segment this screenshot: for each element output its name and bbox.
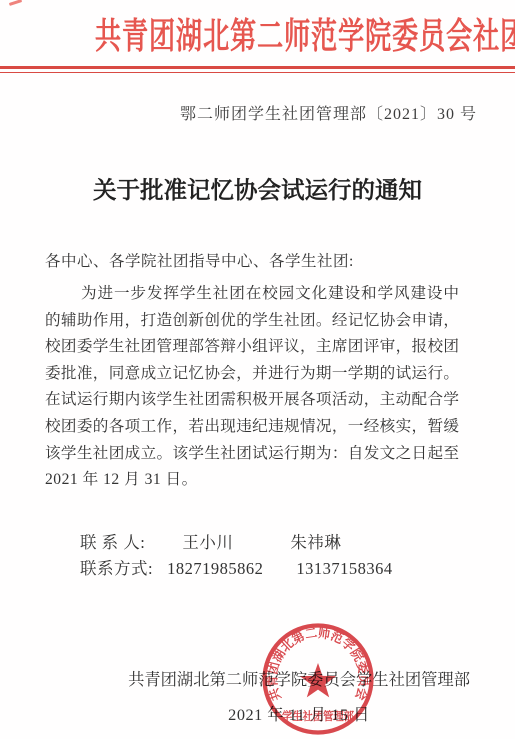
seal-bottom-text: 学生社团管理部	[282, 709, 354, 723]
divider-thick-line	[0, 66, 515, 69]
body-line: 该学生社团成立。该学生社团试运行期为：自发文之日起至	[45, 441, 459, 468]
contact-phone-2: 13137158364	[296, 559, 392, 579]
body-line: 校团委的各项工作，若出现违纪违规情况，一经核实，暂缓	[45, 414, 459, 441]
body-line: 为进一步发挥学生社团在校园文化建设和学风建设中	[45, 281, 459, 308]
official-red-seal: 共青团湖北第二师范学院委员会 学生社团管理部	[255, 616, 381, 739]
letterhead-divider	[0, 66, 515, 73]
contact-person-row: 联 系 人: 王小川 朱祎琳	[80, 529, 393, 555]
document-number: 鄂二师团学生社团管理部〔2021〕30 号	[180, 101, 477, 124]
divider-thin-line	[0, 72, 515, 74]
org-title: 共青团湖北第二师范学院委员会社团管理部	[95, 8, 515, 59]
salutation: 各中心、各学院社团指导中心、各学生社团:	[45, 249, 354, 271]
scan-artifact-mark	[9, 0, 22, 6]
body-line: 2021 年 12 月 31 日。	[45, 467, 459, 494]
seal-star-icon	[300, 663, 336, 697]
body-line: 的辅助作用，打造创新创优的学生社团。经记忆协会申请，	[45, 308, 459, 335]
seal-ring-text-curve: 共青团湖北第二师范学院委员会	[263, 624, 372, 703]
body-paragraph: 为进一步发挥学生社团在校园文化建设和学风建设中 的辅助作用，打造创新创优的学生社…	[45, 281, 459, 494]
body-line: 校团委学生社团管理部答辩小组评议，主席团评审，报校团	[45, 334, 459, 361]
contact-person-2: 朱祎琳	[290, 529, 341, 553]
contact-block: 联 系 人: 王小川 朱祎琳 联系方式: 18271985862 1313715…	[80, 529, 393, 581]
contact-person-1: 王小川	[182, 529, 233, 553]
notice-title: 关于批准记忆协会试运行的通知	[0, 171, 515, 205]
contact-phone-label: 联系方式:	[80, 555, 153, 579]
document-page: 共青团湖北第二师范学院委员会社团管理部 鄂二师团学生社团管理部〔2021〕30 …	[0, 0, 515, 739]
body-line: 委批准，同意成立记忆协会，并进行为期一学期的试运行。	[45, 361, 459, 388]
seal-ring-text: 共青团湖北第二师范学院委员会	[263, 624, 372, 703]
body-line: 在试运行期内该学生社团需积极开展各项活动，主动配合学	[45, 387, 459, 414]
red-letterhead: 共青团湖北第二师范学院委员会社团管理部	[0, 8, 515, 59]
contact-phone-row: 联系方式: 18271985862 13137158364	[80, 555, 393, 581]
contact-person-label: 联 系 人:	[80, 529, 145, 553]
contact-phone-1: 18271985862	[167, 559, 263, 579]
